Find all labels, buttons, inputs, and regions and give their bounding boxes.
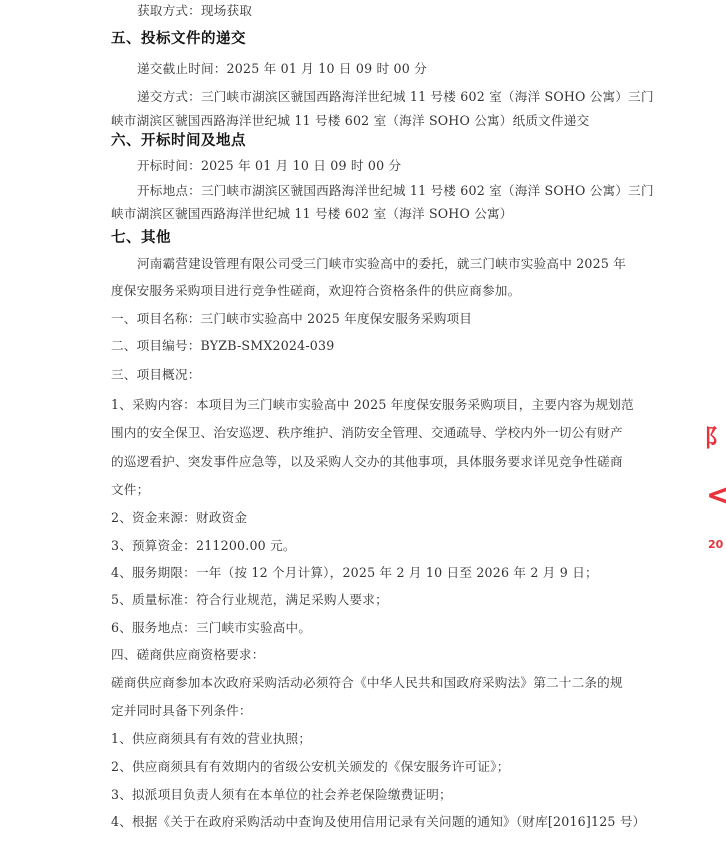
project-overview-heading: 三、项目概况： <box>111 367 201 383</box>
section-7-title: 七、其他 <box>111 230 171 246</box>
overview-budget: 3、预算资金：211200.00 元。 <box>111 538 296 554</box>
intro-paragraph-cont: 度保安服务采购项目进行竞争性磋商，欢迎符合资格条件的供应商参加。 <box>111 283 520 299</box>
opening-place-text-cont: 峡市湖滨区虢国西路海洋世纪城 11 号楼 602 室（海洋 SOHO 公寓） <box>111 206 513 222</box>
submission-method-text: 递交方式：三门峡市湖滨区虢国西路海洋世纪城 11 号楼 602 室（海洋 SOH… <box>137 89 654 105</box>
seal-star-icon: < <box>706 478 726 513</box>
requirement-business-license: 1、供应商须具有有效的营业执照； <box>111 731 311 747</box>
overview-procurement-content-cont1: 围内的安全保卫、治安巡逻、秩序维护、消防安全管理、交通疏导、学校内外一切公有财产 <box>111 425 623 441</box>
overview-quality-standard: 5、质量标准：符合行业规范，满足采购人要求； <box>111 592 388 608</box>
qualification-intro: 磋商供应商参加本次政府采购活动必须符合《中华人民共和国政府采购法》第二十二条的规 <box>111 675 623 691</box>
obtain-method-text: 获取方式：现场获取 <box>137 3 252 19</box>
requirement-pension-proof: 3、拟派项目负责人须有在本单位的社会养老保险缴费证明； <box>111 787 452 803</box>
overview-service-location: 6、服务地点：三门峡市实验高中。 <box>111 620 311 636</box>
project-number-text: 二、项目编号：BYZB-SMX2024-039 <box>111 338 334 354</box>
qualification-intro-cont: 定并同时具备下列条件： <box>111 703 252 719</box>
intro-paragraph: 河南霸营建设管理有限公司受三门峡市实验高中的委托，就三门峡市实验高中 2025 … <box>137 256 626 272</box>
opening-place-text: 开标地点：三门峡市湖滨区虢国西路海洋世纪城 11 号楼 602 室（海洋 SOH… <box>137 183 654 199</box>
seal-year-text: 20 <box>708 538 723 551</box>
project-name-text: 一、项目名称：三门峡市实验高中 2025 年度保安服务采购项目 <box>111 311 472 327</box>
submission-method-text-cont: 峡市湖滨区虢国西路海洋世纪城 11 号楼 602 室（海洋 SOHO 公寓）纸质… <box>111 113 589 129</box>
overview-procurement-content-cont2: 的巡逻看护、突发事件应急等，以及采购人交办的其他事项，具体服务要求详见竞争性磋商 <box>111 454 623 470</box>
supplier-qualification-heading: 四、磋商供应商资格要求： <box>111 647 265 663</box>
section-5-title: 五、投标文件的递交 <box>111 31 246 47</box>
red-seal-stamp: 阝 < 20 <box>700 410 726 570</box>
overview-procurement-content-cont3: 文件； <box>111 482 149 498</box>
submission-deadline-text: 递交截止时间：2025 年 01 月 10 日 09 时 00 分 <box>137 61 427 77</box>
overview-funding-source: 2、资金来源：财政资金 <box>111 510 247 526</box>
requirement-security-permit: 2、供应商须具有有效期内的省级公安机关颁发的《保安服务许可证》； <box>111 759 510 775</box>
overview-procurement-content: 1、采购内容：本项目为三门峡市实验高中 2025 年度保安服务采购项目，主要内容… <box>111 397 634 413</box>
overview-service-period: 4、服务期限：一年（按 12 个月计算），2025 年 2 月 10 日至 20… <box>111 565 598 581</box>
section-6-title: 六、开标时间及地点 <box>111 133 246 149</box>
opening-time-text: 开标时间：2025 年 01 月 10 日 09 时 00 分 <box>137 158 401 174</box>
seal-character-top: 阝 <box>704 418 726 453</box>
requirement-credit-record: 4、根据《关于在政府采购活动中查询及使用信用记录有关问题的通知》（财库[2016… <box>111 814 645 830</box>
